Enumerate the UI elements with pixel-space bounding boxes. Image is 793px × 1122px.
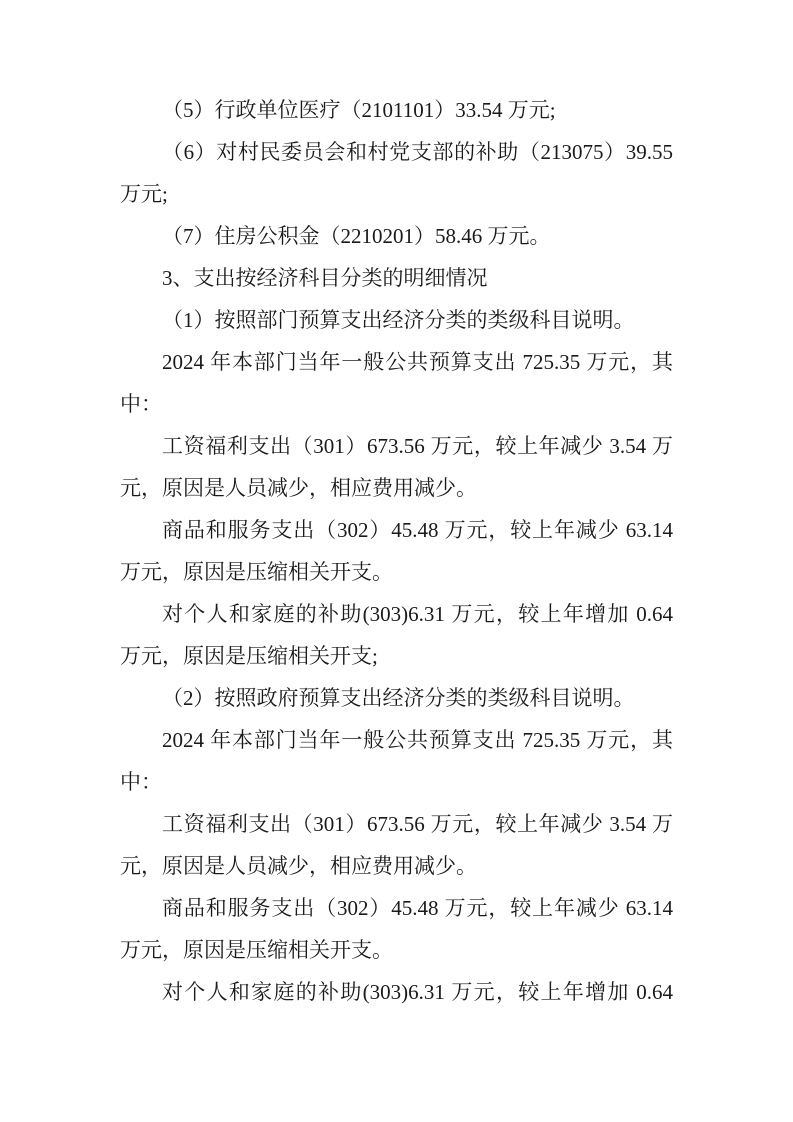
text-line: 工资福利支出（301）673.56 万元，较上年减少 3.54 万	[120, 803, 673, 845]
text-line: （1）按照部门预算支出经济分类的类级科目说明。	[120, 299, 673, 341]
text-line: 万元，原因是压缩相关开支。	[120, 551, 673, 593]
text-line: 元，原因是人员减少，相应费用减少。	[120, 845, 673, 887]
text-line: 商品和服务支出（302）45.48 万元，较上年减少 63.14	[120, 887, 673, 929]
text-line: 中：	[120, 383, 673, 425]
text-line: 元，原因是人员减少，相应费用减少。	[120, 467, 673, 509]
text-line: 对个人和家庭的补助(303)6.31 万元，较上年增加 0.64	[120, 971, 673, 1013]
text-line: 工资福利支出（301）673.56 万元，较上年减少 3.54 万	[120, 425, 673, 467]
document-page: （5）行政单位医疗（2101101）33.54 万元; （6）对村民委员会和村党…	[0, 0, 793, 1122]
text-line: （6）对村民委员会和村党支部的补助（213075）39.55	[120, 131, 673, 173]
text-line: （2）按照政府预算支出经济分类的类级科目说明。	[120, 677, 673, 719]
text-line: 中：	[120, 761, 673, 803]
text-line: 万元;	[120, 173, 673, 215]
text-line: 2024 年本部门当年一般公共预算支出 725.35 万元，其	[120, 341, 673, 383]
text-line: （5）行政单位医疗（2101101）33.54 万元;	[120, 89, 673, 131]
text-line: （7）住房公积金（2210201）58.46 万元。	[120, 215, 673, 257]
text-line: 万元，原因是压缩相关开支;	[120, 635, 673, 677]
text-line: 2024 年本部门当年一般公共预算支出 725.35 万元，其	[120, 719, 673, 761]
text-line: 商品和服务支出（302）45.48 万元，较上年减少 63.14	[120, 509, 673, 551]
text-line: 万元，原因是压缩相关开支。	[120, 929, 673, 971]
text-line: 3、支出按经济科目分类的明细情况	[120, 257, 673, 299]
text-line: 对个人和家庭的补助(303)6.31 万元，较上年增加 0.64	[120, 593, 673, 635]
